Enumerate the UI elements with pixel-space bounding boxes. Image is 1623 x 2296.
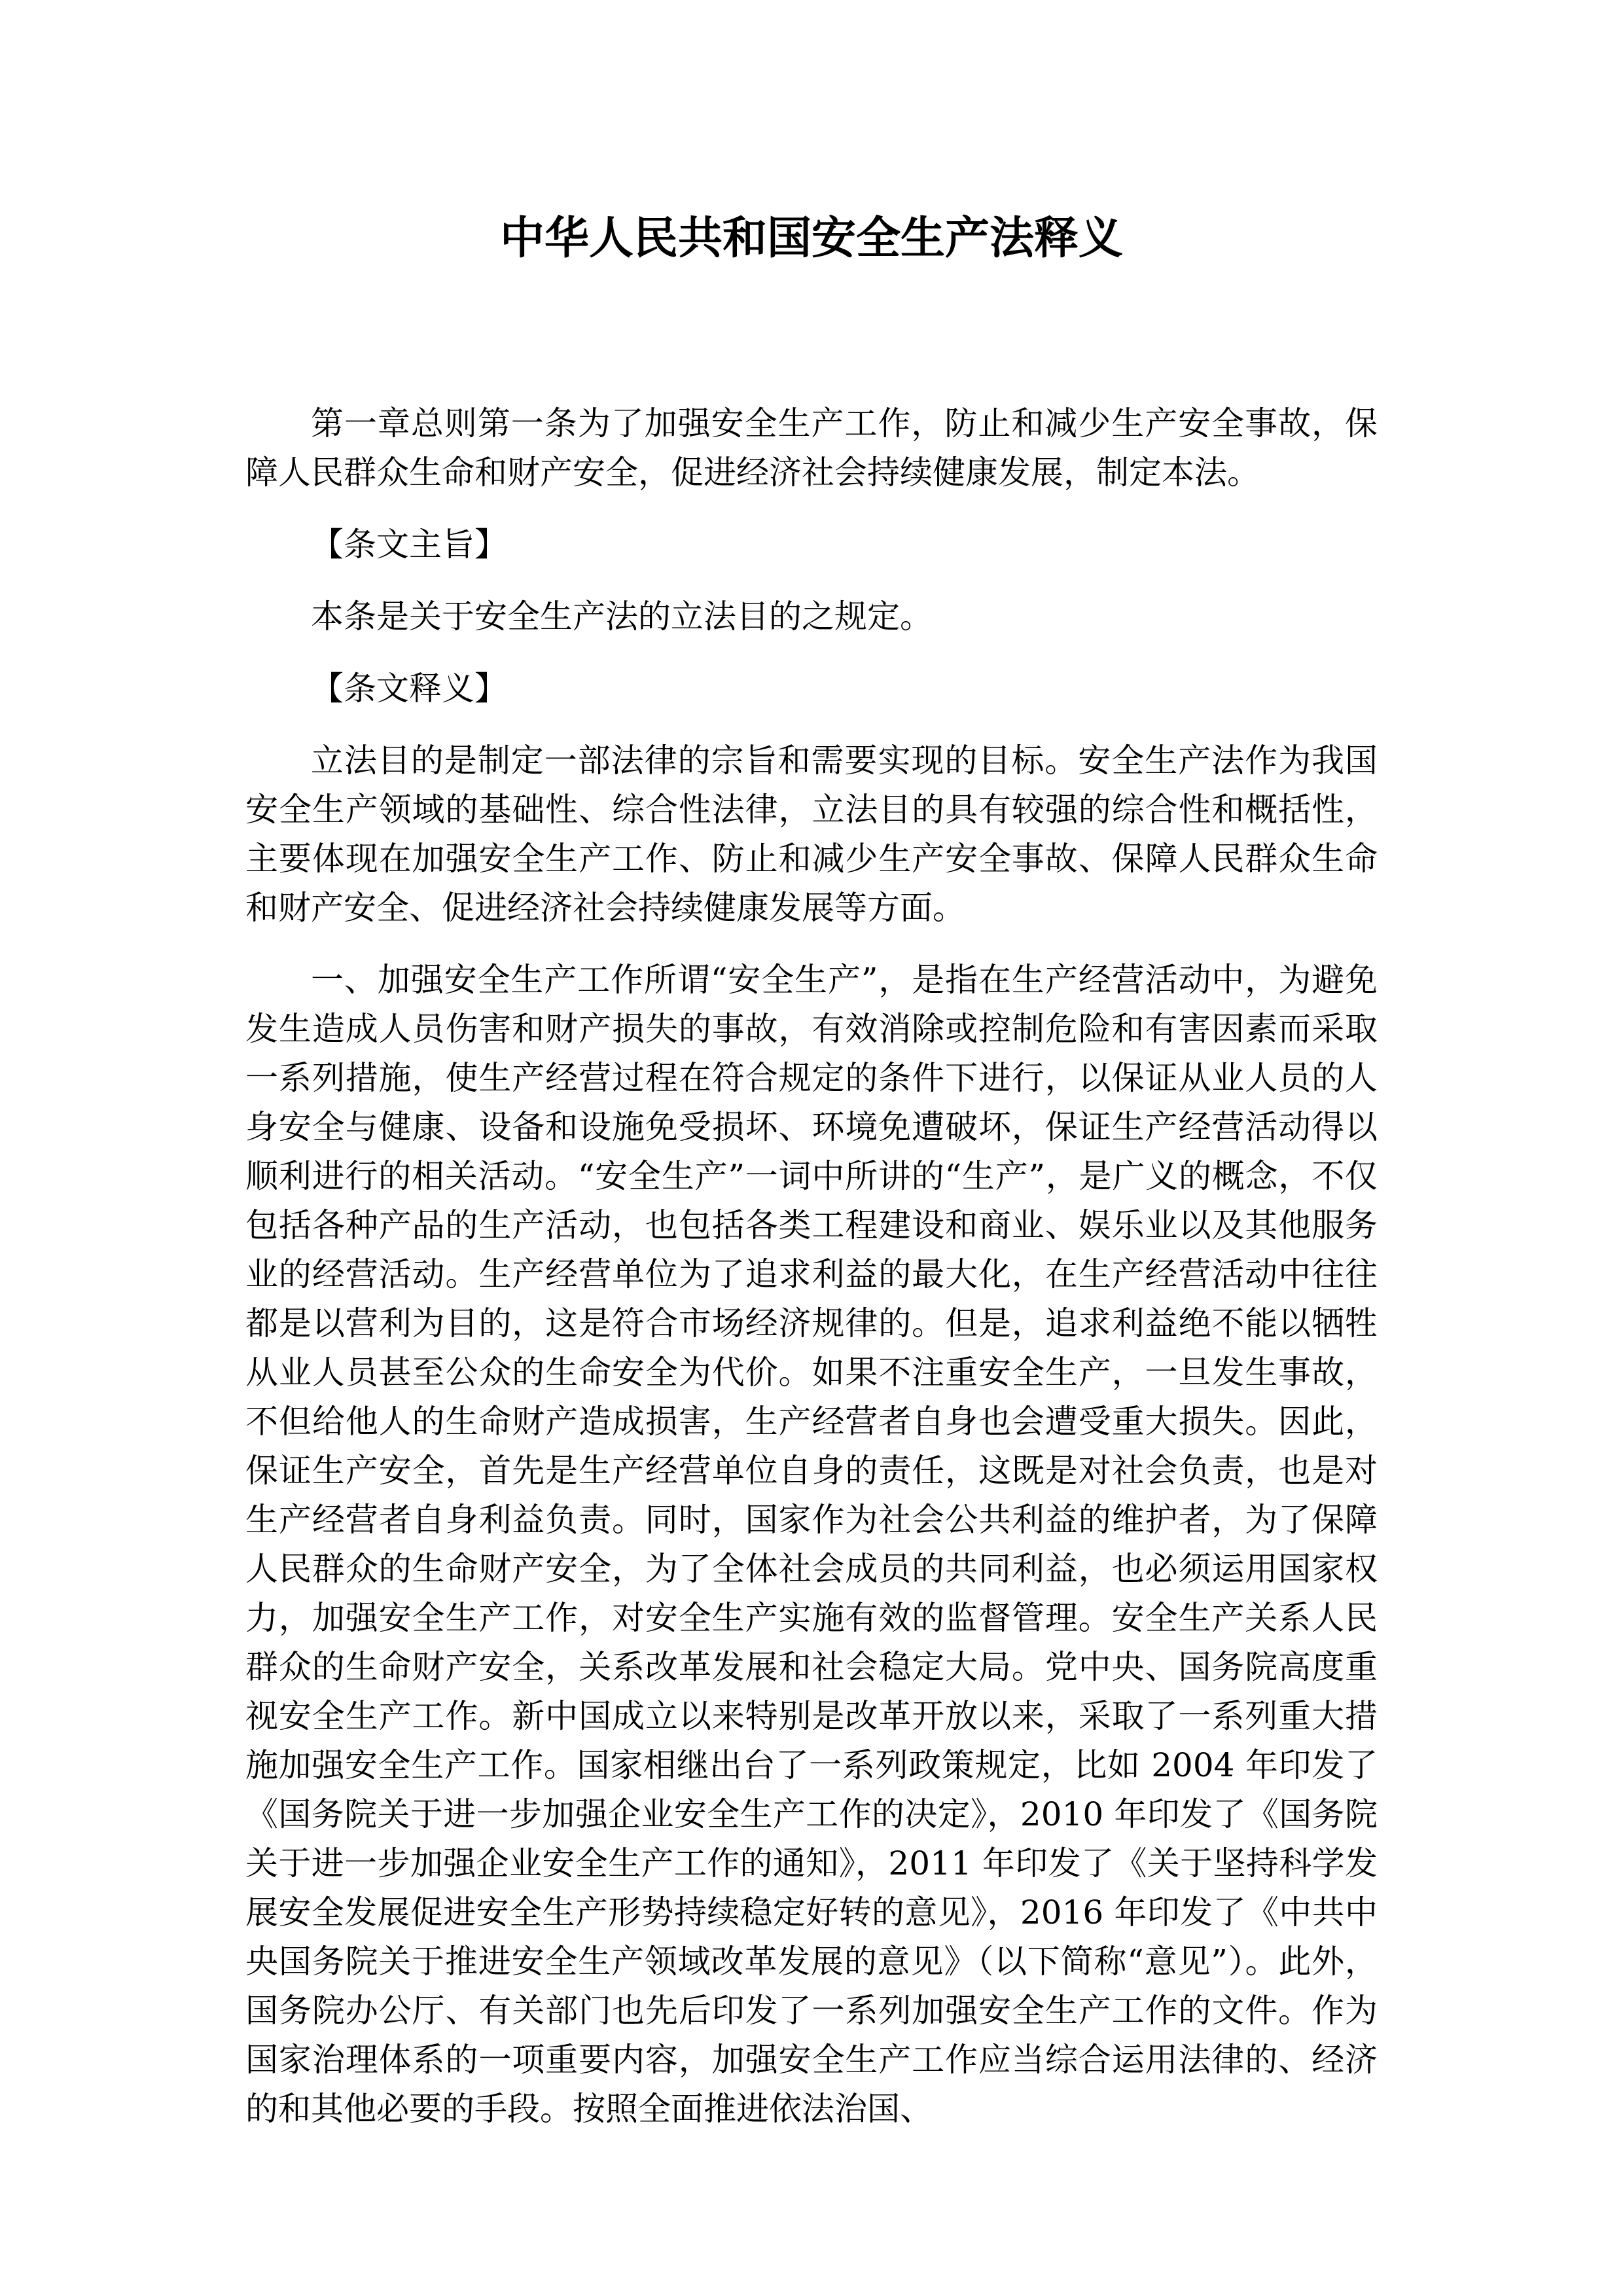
paragraph-shiyi-intro: 立法目的是制定一部法律的宗旨和需要实现的目标。安全生产法作为我国安全生产领域的基…	[245, 736, 1378, 933]
document-body: 第一章总则第一条为了加强安全生产工作，防止和减少生产安全事故，保障人民群众生命和…	[245, 399, 1378, 2134]
paragraph-law-article: 第一章总则第一条为了加强安全生产工作，防止和减少生产安全事故，保障人民群众生命和…	[245, 399, 1378, 497]
heading-tiaowen-shiyi: 【条文释义】	[245, 664, 1378, 713]
paragraph-zhuzhi: 本条是关于安全生产法的立法目的之规定。	[245, 592, 1378, 641]
paragraph-shiyi-point-one: 一、加强安全生产工作所谓“安全生产”，是指在生产经营活动中，为避免发生造成人员伤…	[245, 956, 1378, 2134]
heading-tiaowen-zhuzhi: 【条文主旨】	[245, 520, 1378, 569]
document-page: 中华人民共和国安全生产法释义 第一章总则第一条为了加强安全生产工作，防止和减少生…	[0, 0, 1623, 2296]
document-title: 中华人民共和国安全生产法释义	[245, 213, 1378, 265]
